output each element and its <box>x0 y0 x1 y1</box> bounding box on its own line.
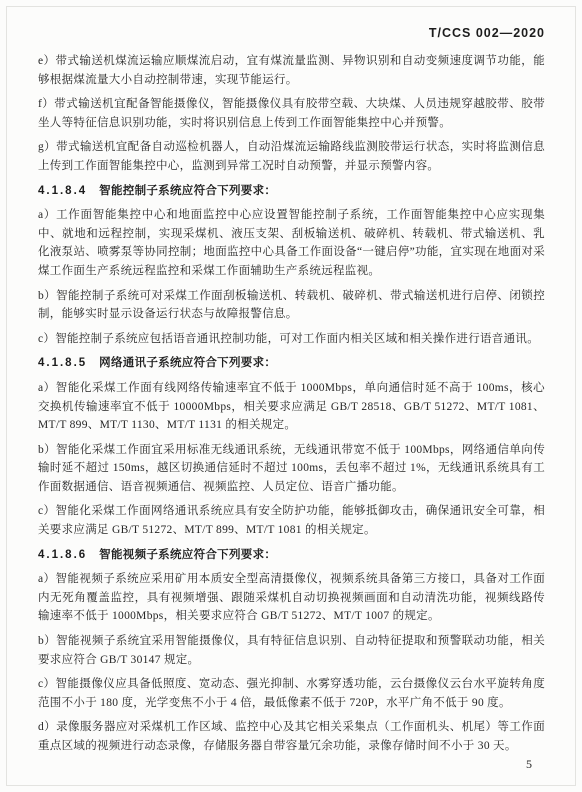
paragraph-item-a-4184: a）工作面智能集控中心和地面监控中心应设置智能控制子系统，工作面智能集控中心应实… <box>38 206 545 280</box>
paragraph-item-c-4186: c）智能摄像仪应具备低照度、宽动态、强光抑制、水雾穿透功能，云台摄像仪云台水平旋… <box>38 675 545 712</box>
paragraph-item-g: g）带式输送机宜配备自动巡检机器人，自动沿煤流运输路线监测胶带运行状态，实时将监… <box>38 138 545 175</box>
paragraph-item-b-4185: b）智能化采煤工作面宜采用标准无线通讯系统，无线通讯带宽不低于 100Mbps，… <box>38 441 545 497</box>
document-body: e）带式输送机煤流运输应顺煤流启动，宜有煤流量监测、异物识别和自动变频速度调节功… <box>38 52 545 762</box>
paragraph-item-e: e）带式输送机煤流运输应顺煤流启动，宜有煤流量监测、异物识别和自动变频速度调节功… <box>38 52 545 89</box>
paragraph-item-b-4184: b）智能控制子系统可对采煤工作面刮板输送机、转载机、破碎机、带式输送机进行启停、… <box>38 287 545 324</box>
clause-title: 智能控制子系统应符合下列要求： <box>99 185 276 197</box>
standard-code: T/CCS 002—2020 <box>429 26 545 40</box>
clause-title: 智能视频子系统应符合下列要求： <box>99 549 276 561</box>
paragraph-item-b-4186: b）智能视频子系统宜采用智能摄像仪，具有特征信息识别、自动特征提取和预警联动功能… <box>38 632 545 669</box>
clause-heading-4.1.8.6: 4.1.8.6智能视频子系统应符合下列要求： <box>38 546 545 565</box>
clause-title: 网络通讯子系统应符合下列要求： <box>99 357 276 369</box>
paragraph-item-c-4184: c）智能控制子系统应包括语音通讯控制功能，可对工作面内相关区域和相关操作进行语音… <box>38 330 545 349</box>
clause-number: 4.1.8.6 <box>38 549 87 561</box>
document-page: T/CCS 002—2020 e）带式输送机煤流运输应顺煤流启动，宜有煤流量监测… <box>0 0 582 792</box>
clause-heading-4.1.8.5: 4.1.8.5网络通讯子系统应符合下列要求： <box>38 354 545 373</box>
paragraph-item-a-4185: a）智能化采煤工作面有线网络传输速率宜不低于 1000Mbps，单向通信时延不高… <box>38 379 545 435</box>
clause-number: 4.1.8.4 <box>38 185 87 197</box>
clause-heading-4.1.8.4: 4.1.8.4智能控制子系统应符合下列要求： <box>38 182 545 201</box>
clause-number: 4.1.8.5 <box>38 357 87 369</box>
page-header: T/CCS 002—2020 <box>38 24 545 42</box>
paragraph-item-a-4186: a）智能视频子系统应采用矿用本质安全型高清摄像仪，视频系统具备第三方接口，具备对… <box>38 570 545 626</box>
paragraph-item-c-4185: c）智能化采煤工作面网络通讯系统应具有安全防护功能，能够抵御攻击，确保通讯安全可… <box>38 502 545 539</box>
paragraph-item-f: f）带式输送机宜配备智能摄像仪，智能摄像仪具有胶带空载、大块煤、人员违规穿越胶带… <box>38 95 545 132</box>
paragraph-item-d-4186: d）录像服务器应对采煤机工作区域、监控中心及其它相关采集点（工作面机头、机尾）等… <box>38 718 545 755</box>
page-number: 5 <box>526 757 532 772</box>
